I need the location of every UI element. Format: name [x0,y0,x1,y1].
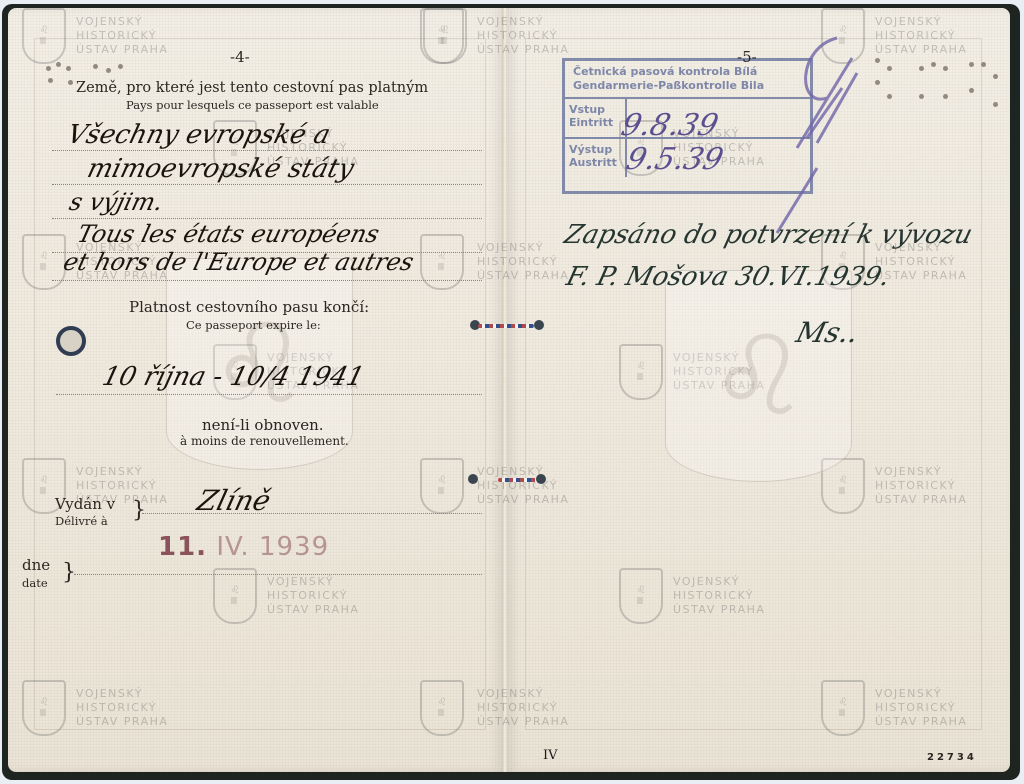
perforation-dot [66,66,71,71]
watermark: ♌Ⅲ VOJENSKÝHISTORICKÝÚSTAV PRAHA [22,8,168,64]
dotted-rule [74,574,482,575]
expiry-label-cz: Platnost cestovního pasu končí: [129,298,369,316]
issued-at-label-fr: Délivré à [55,514,108,528]
watermark: VOJENSKÝHISTORICKÝÚSTAV PRAHA [423,234,569,290]
handwritten-annotation-line2: F. P. Mošova 30.VI.1939. [563,262,893,292]
dotted-rule [52,150,482,151]
punch-hole [56,326,86,356]
perforation-dot [887,94,892,99]
handwritten-countries-line: Všechny evropské a [64,120,333,150]
expiry-note-fr: à moins de renouvellement. [180,434,349,448]
watermark: ♌Ⅲ VOJENSKÝHISTORICKÝÚSTAV PRAHA [619,568,765,624]
brace-icon: } [62,560,76,585]
handwritten-countries-line: et hors de l'Europe et autres [61,248,417,276]
countries-label-cz: Země, pro které jest tento cestovní pas … [76,80,428,96]
issued-at-label-cz: Vydán v [55,495,115,513]
date-label-fr: date [22,576,48,590]
perforation-dot [993,74,998,79]
perforation-dot [919,66,924,71]
handwritten-expiry: 10 října - 10/4 1941 [99,362,367,392]
lion-emblem-icon: ♌ [709,312,808,440]
state-emblem: ♌ [665,270,852,482]
watermark: VOJENSKÝHISTORICKÝÚSTAV PRAHA [423,458,569,514]
handwritten-countries-line: mimoevropské státy [84,154,357,184]
perforation-dot [887,66,892,71]
watermark: VOJENSKÝHISTORICKÝÚSTAV PRAHA [423,680,569,736]
passport-page-5: ♌Ⅲ VOJENSKÝHISTORICKÝÚSTAV PRAHA ♌Ⅲ VOJE… [507,8,1010,772]
date-label-cz: dne [22,556,50,574]
perforation-dot [981,62,986,67]
binding-hole [534,320,544,330]
watermark: ♌Ⅲ VOJENSKÝHISTORICKÝÚSTAV PRAHA [213,568,359,624]
passport-serial-number: 22734 [927,752,977,763]
lion-shield-icon: ♌Ⅲ [619,344,663,400]
binding-thread [478,324,534,328]
dotted-rule [52,280,482,281]
perforation-dot [93,64,98,69]
lion-shield-icon: ♌Ⅲ [22,680,66,736]
binding-thread [498,478,538,482]
perforation-dot [919,94,924,99]
expiry-note-cz: není-li obnoven. [202,416,324,434]
handwritten-signature: Ms.. [793,316,862,349]
watermark: ♌Ⅲ VOJENSKÝHISTORICKÝÚSTAV PRAHA [22,680,168,736]
lion-shield-icon: ♌Ⅲ [821,680,865,736]
handwritten-countries-line: Tous les états européens [75,220,383,248]
passport-page-4: ♌Ⅲ VOJENSKÝHISTORICKÝÚSTAV PRAHA ♌Ⅲ VOJE… [8,8,503,772]
perforation-dot [943,94,948,99]
brace-icon: } [132,498,146,523]
perforation-dot [875,80,880,85]
expiry-label-fr: Ce passeport expire le: [186,318,321,332]
watermark: ♌Ⅲ VOJENSKÝHISTORICKÝÚSTAV PRAHA [821,680,967,736]
perforation-dot [118,64,123,69]
handwritten-annotation-line1: Zapsáno do potvrzení k vývozu [561,220,975,250]
dotted-rule [56,394,482,395]
page-number: -5- [737,48,757,66]
countries-label-fr: Pays pour lesquels ce passeport est vala… [126,98,379,112]
binding-hole [536,474,546,484]
issue-date-stamp: 11. IV. 1939 [158,532,329,562]
dotted-rule [52,218,482,219]
page-roman-numeral: IV [543,748,558,763]
perforation-dot [106,68,111,73]
perforation-dot [969,62,974,67]
perforation-dot [943,66,948,71]
lion-shield-icon: ♌Ⅲ [619,568,663,624]
dotted-rule [52,184,482,185]
perforation-dot [993,102,998,107]
perforation-dot [46,66,51,71]
lion-shield-icon: ♌Ⅲ [213,568,257,624]
handwritten-countries-line: s výjim. [67,188,167,216]
binding-hole [468,474,478,484]
handwritten-entry-date: 9.8.39 [618,108,722,143]
perforation-dot [68,80,73,85]
handwritten-exit-date: 9.5.39 [623,142,727,177]
lion-shield-icon: ♌Ⅲ [22,234,66,290]
lion-shield-icon: ♌Ⅲ [22,8,66,64]
watermark: ♌Ⅲ VOJENSKÝHISTORICKÝÚSTAV PRAHA [821,458,967,514]
lion-shield-icon: ♌Ⅲ [423,8,467,64]
officer-signature-mark [757,28,867,238]
watermark: ♌Ⅲ VOJENSKÝHISTORICKÝÚSTAV PRAHA [423,8,569,64]
perforation-dot [969,88,974,93]
page-number: -4- [230,48,250,66]
perforation-dot [48,78,53,83]
